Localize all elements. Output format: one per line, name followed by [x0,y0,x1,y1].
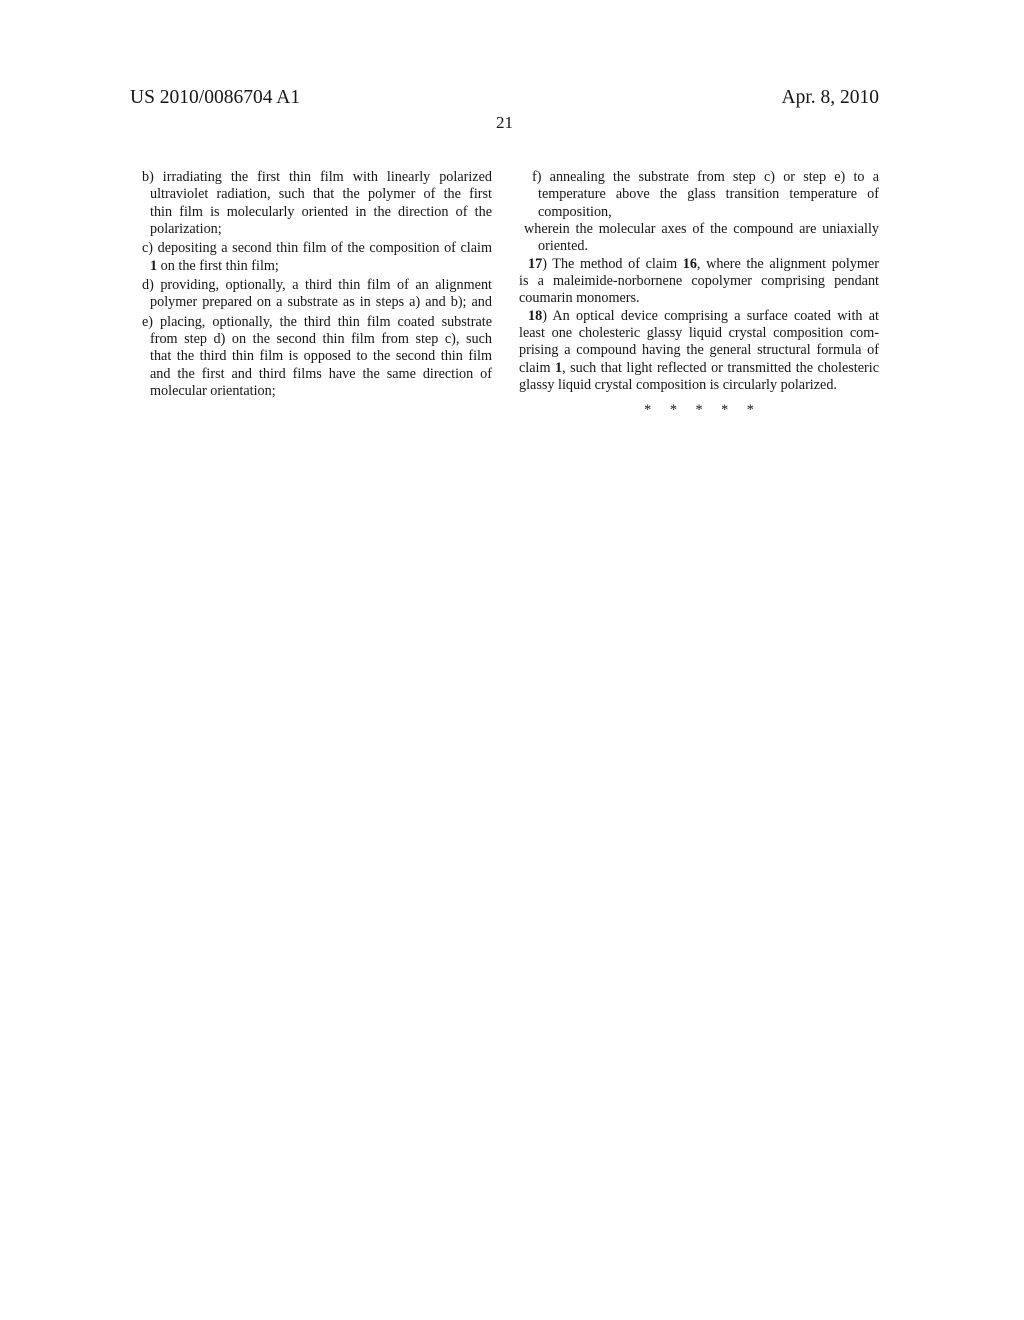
text-run: on the first thin film; [157,258,279,274]
text-line: and the first and third films have the s… [142,366,492,383]
text-run: ) The method of claim [542,256,683,272]
text-line: d) providing, optionally, a third thin f… [142,277,492,294]
text-run: that the third thin film is opposed to t… [150,348,492,364]
text-run: molecular orientation; [150,383,276,399]
text-run: e) placing, optionally, the third thin f… [142,314,492,330]
text-line: claim 1, such that light reflected or tr… [519,360,879,377]
text-line: polymer prepared on a substrate as in st… [142,294,492,311]
text-line: glassy liquid crystal composition is cir… [519,377,879,394]
claim-reference-number: 17 [528,256,542,272]
text-run: composition, [538,204,612,220]
text-line: f) annealing the substrate from step c) … [519,169,879,186]
text-line: temperature above the glass transition t… [519,186,879,203]
publication-date: Apr. 8, 2010 [782,87,880,109]
text-run: ) An optical device comprising a surface… [542,308,879,324]
text-run: ultraviolet radiation, such that the pol… [150,186,492,202]
publication-number: US 2010/0086704 A1 [130,87,300,109]
text-line: composition, [519,204,879,221]
text-line: e) placing, optionally, the third thin f… [142,314,492,331]
text-line: polarization; [142,221,492,238]
claim-reference-number: 18 [528,308,542,324]
text-run: and the first and third films have the s… [150,366,492,382]
end-asterisks: * * * * * [519,402,879,419]
text-line: prising a compound having the general st… [519,342,879,359]
text-run: coumarin monomers. [519,290,640,306]
claims-column-right: f) annealing the substrate from step c) … [519,169,879,420]
text-run: f) annealing the substrate from step c) … [532,169,879,185]
text-line: coumarin monomers. [519,290,879,307]
text-line: c) depositing a second thin film of the … [142,240,492,257]
text-line: that the third thin film is opposed to t… [142,348,492,365]
text-run: * * * * * [644,402,754,418]
text-run: oriented. [538,238,588,254]
text-line: ultraviolet radiation, such that the pol… [142,186,492,203]
claim-reference-number: 16 [683,256,697,272]
text-line: wherein the molecular axes of the compou… [519,221,879,238]
text-run: polymer prepared on a substrate as in st… [150,294,492,310]
claims-column-left: b) irradiating the first thin film with … [142,169,492,400]
patent-page: US 2010/0086704 A1 Apr. 8, 2010 21 b) ir… [0,0,1024,1320]
text-line: b) irradiating the first thin film with … [142,169,492,186]
text-run: thin film is molecularly oriented in the… [150,204,492,220]
text-run: b) irradiating the first thin film with … [142,169,492,185]
text-run: wherein the molecular axes of the compou… [524,221,879,237]
text-line: oriented. [519,238,879,255]
text-line: least one cholesteric glassy liquid crys… [519,325,879,342]
text-run: least one cholesteric glassy liquid crys… [519,325,879,341]
text-run: from step d) on the second thin film fro… [150,331,492,347]
text-run: claim [519,360,555,376]
text-run: d) providing, optionally, a third thin f… [142,277,492,293]
text-run: polarization; [150,221,222,237]
text-line: thin film is molecularly oriented in the… [142,204,492,221]
text-line: molecular orientation; [142,383,492,400]
text-line: 1 on the first thin film; [142,258,492,275]
text-run: prising a compound having the general st… [519,342,879,358]
text-run: c) depositing a second thin film of the … [142,240,492,256]
text-run: temperature above the glass transition t… [538,186,879,202]
text-run: , such that light reflected or transmitt… [562,360,879,376]
text-run: , where the alignment polymer [697,256,879,272]
text-line: is a maleimide-norbornene copolymer comp… [519,273,879,290]
text-line: from step d) on the second thin film fro… [142,331,492,348]
text-run: glassy liquid crystal composition is cir… [519,377,837,393]
page-number: 21 [130,113,879,133]
text-run: is a maleimide-norbornene copolymer comp… [519,273,879,289]
text-line: 17) The method of claim 16, where the al… [519,256,879,273]
text-line: 18) An optical device comprising a surfa… [519,308,879,325]
